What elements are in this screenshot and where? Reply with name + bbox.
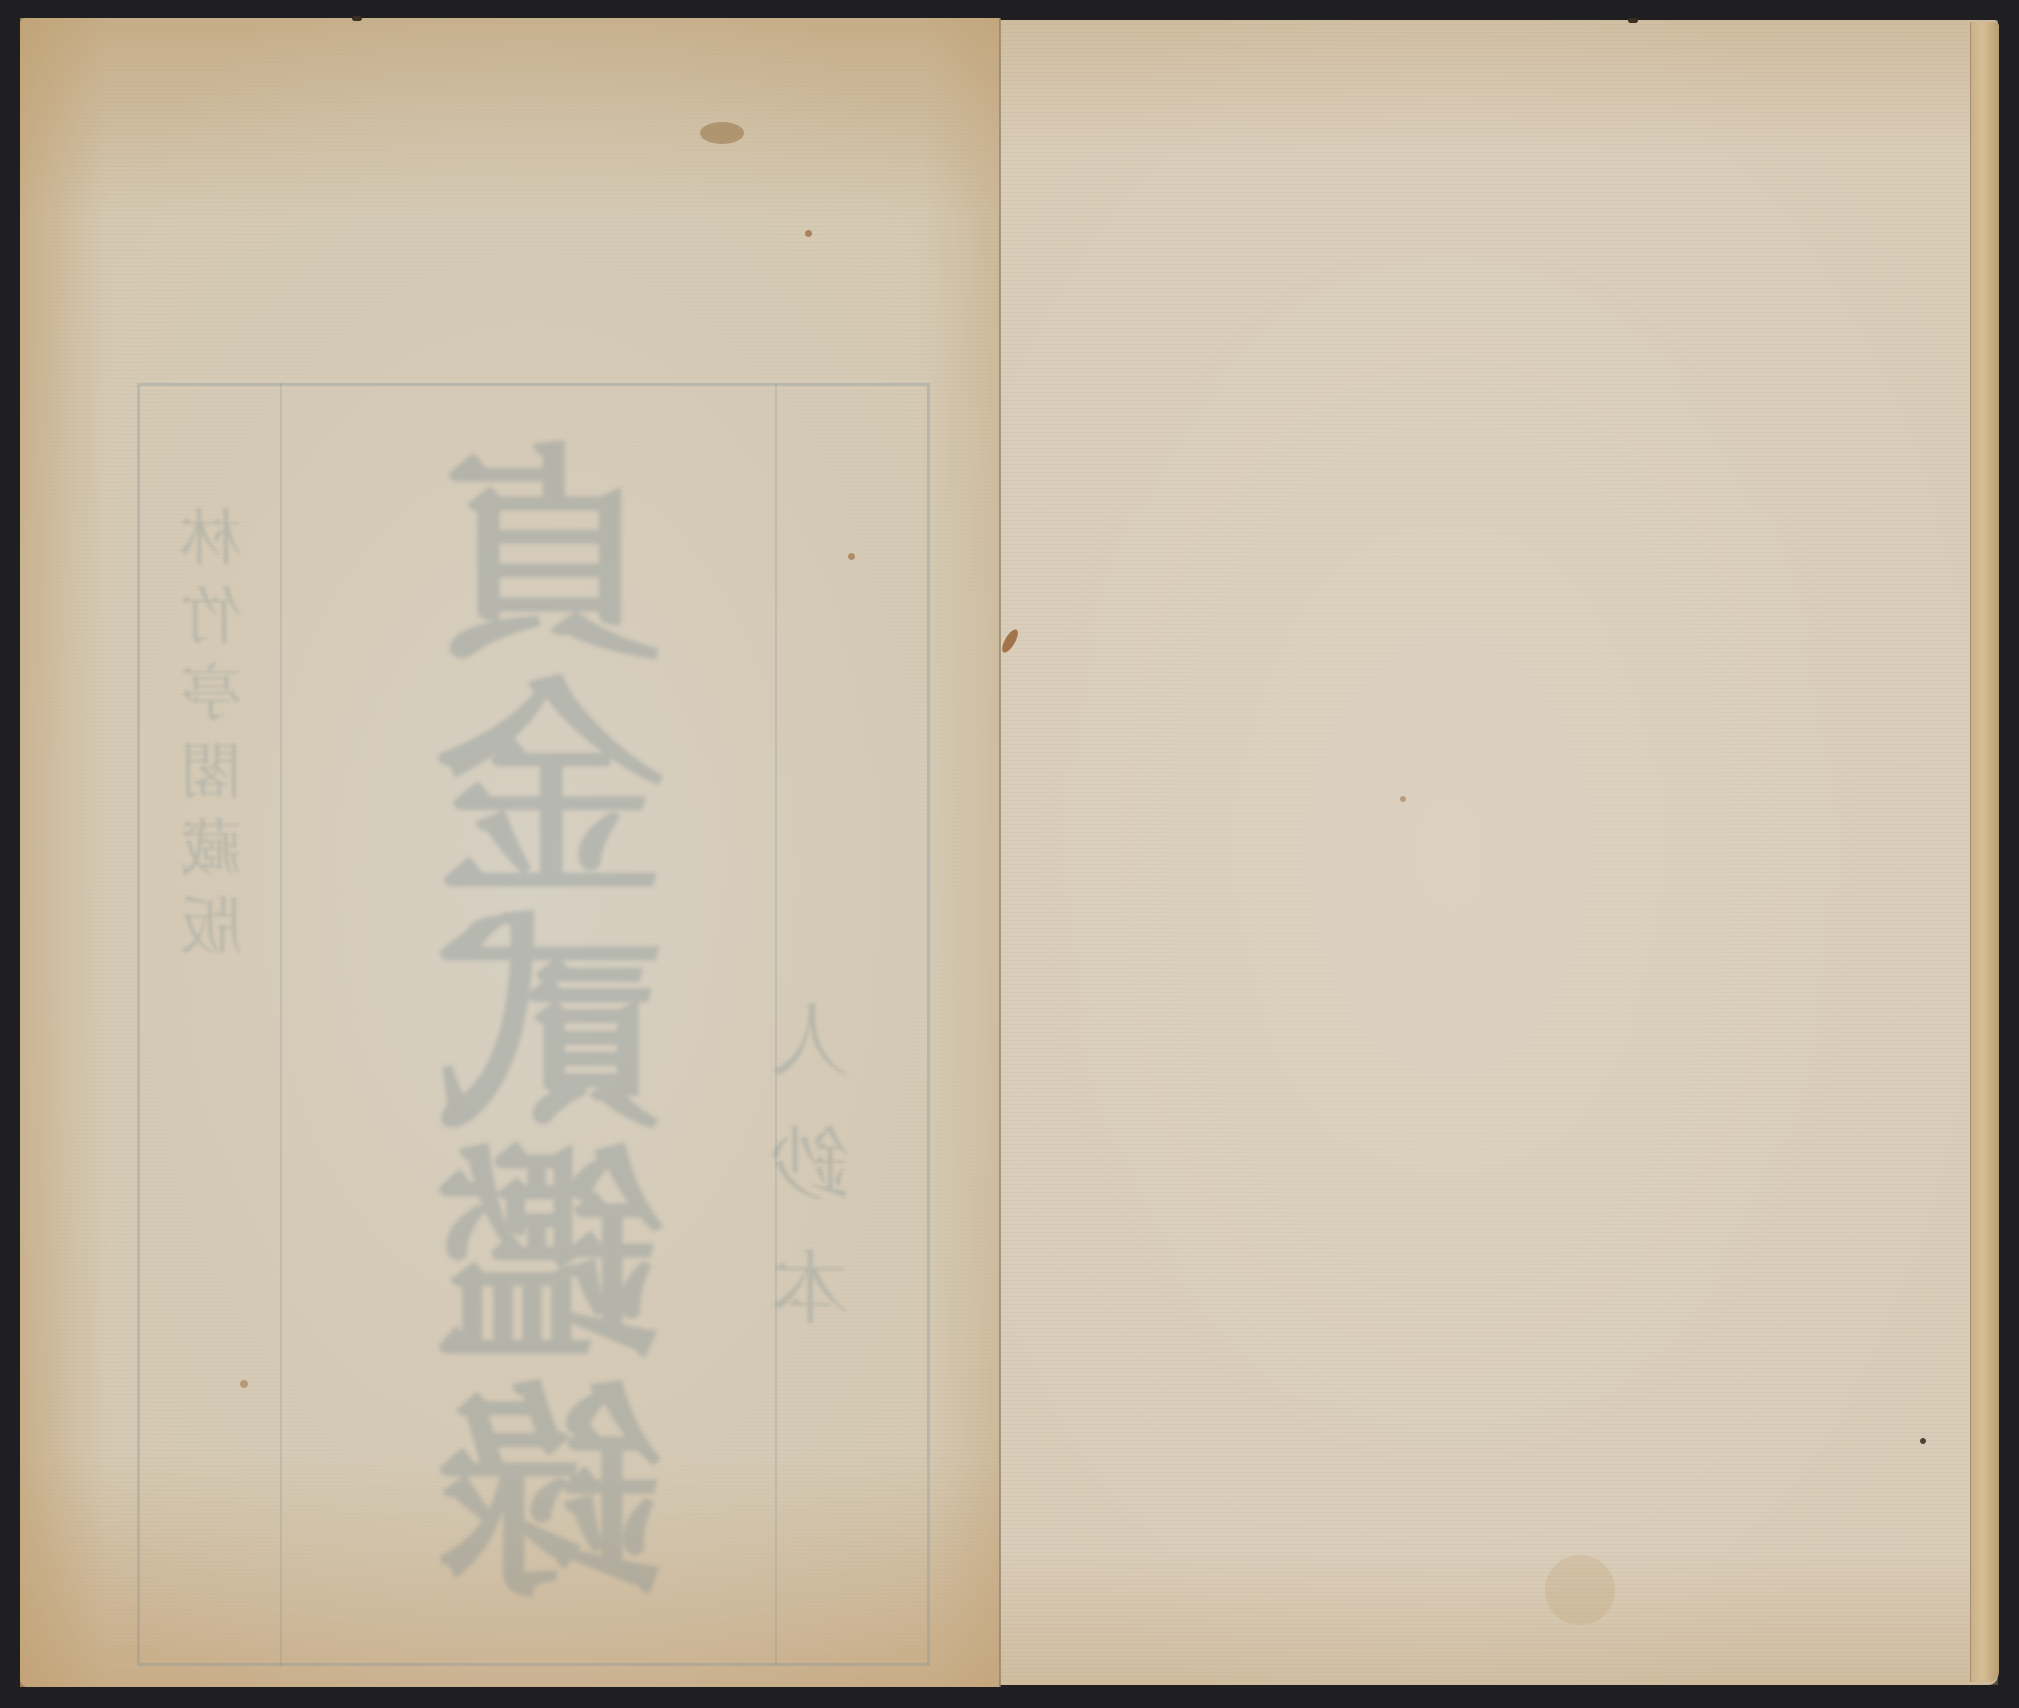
bleed-glyph: 閣 [180,733,242,811]
bleed-through-column-rule [280,383,282,1666]
binding-notch [1628,18,1638,23]
foxing-spot [1920,1438,1926,1444]
bleed-glyph: 鈔 [770,1104,850,1228]
spine-gutter [999,18,1001,1687]
foxing-spot [805,230,812,237]
bleed-glyph: 金 [435,675,665,910]
foxing-spot [1400,796,1406,802]
bleed-glyph: 版 [180,888,242,966]
bleed-glyph: 本 [770,1228,850,1352]
bleed-glyph: 林 [180,500,242,578]
bleed-glyph: 貞 [435,440,665,675]
bleed-through-left-column: 林 竹 亭 閣 藏 版 [180,500,242,965]
bleed-glyph: 鑑 [435,1144,665,1379]
bleed-through-right-column: 人 鈔 本 [770,980,850,1352]
foxing-spot [848,553,855,560]
right-page [1000,20,1998,1685]
bleed-glyph: 亭 [180,655,242,733]
foxing-spot [240,1380,248,1388]
bleed-glyph: 竹 [180,578,242,656]
page-fore-edge [1970,22,1999,1682]
bleed-glyph: 藏 [180,810,242,888]
bleed-through-title: 貞 金 貳 鑑 錄 [370,440,730,1613]
book-spread: 貞 金 貳 鑑 錄 林 竹 亭 閣 藏 版 人 鈔 本 [0,0,2019,1708]
paper-stain [700,122,744,144]
bleed-glyph: 人 [770,980,850,1104]
paper-stain [1545,1555,1615,1625]
binding-notch [352,16,362,21]
bleed-glyph: 貳 [435,909,665,1144]
bleed-glyph: 錄 [435,1378,665,1613]
